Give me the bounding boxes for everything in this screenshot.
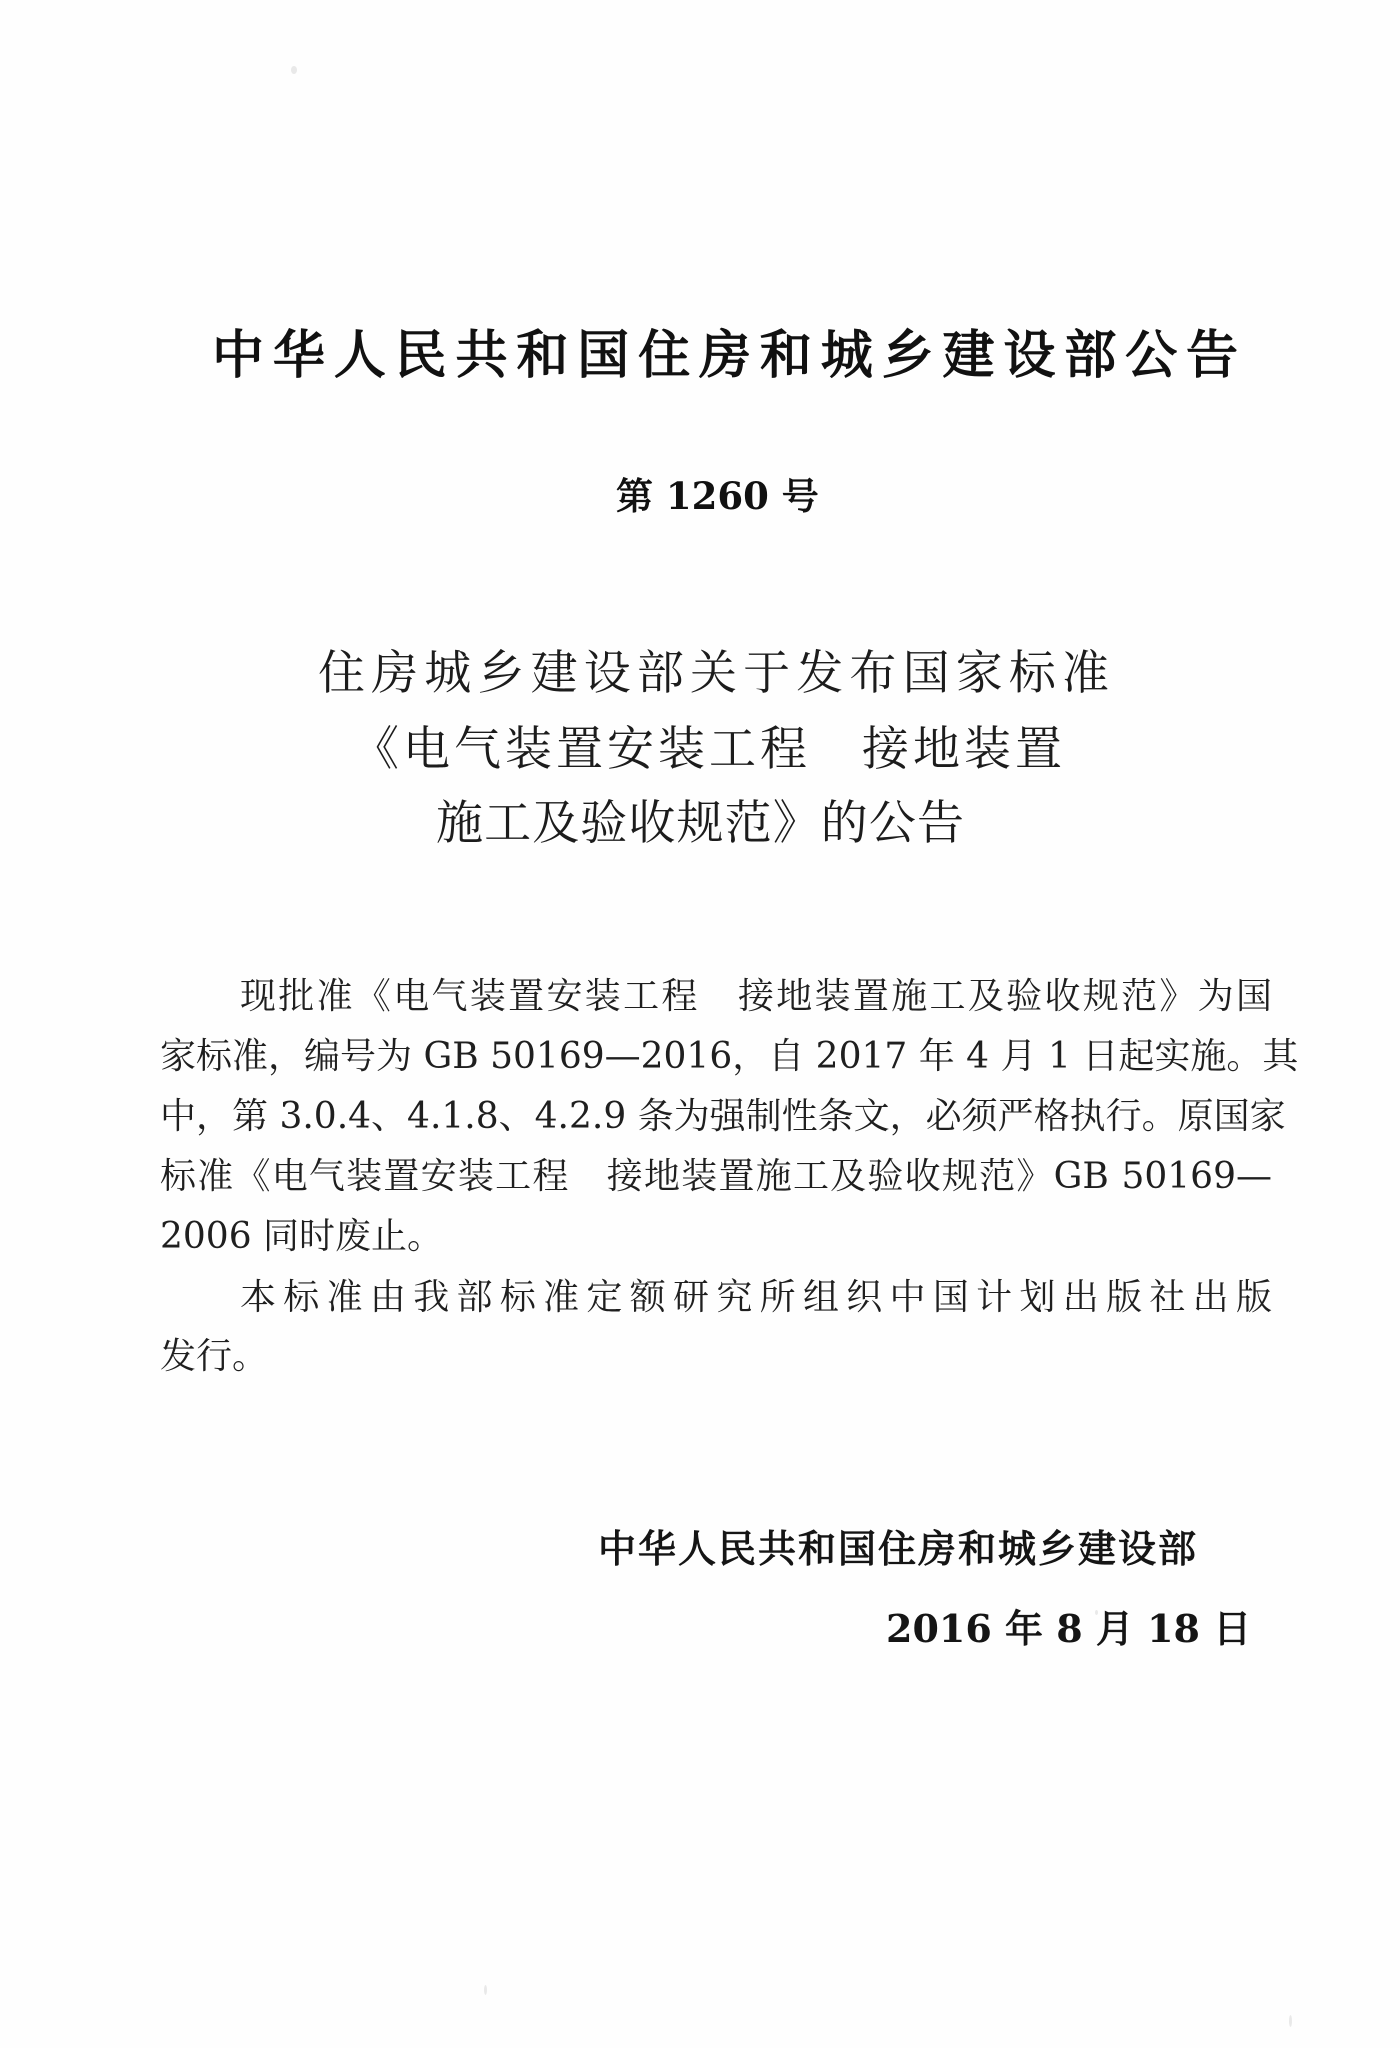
issue-date: 2016 年 8 月 18 日 [886,1610,1196,1648]
subtitle-line: 施工及验收规范》的公告 [436,800,964,847]
body-paragraph-line: 中，第 3.0.4、4.1.8、4.2.9 条为强制性条文，必须严格执行。原国家 [160,1099,1272,1135]
scan-speck [1289,2015,1292,2027]
body-paragraph-line: 家标准，编号为 GB 50169—2016，自 2017 年 4 月 1 日起实… [160,1039,1272,1075]
announcement-title: 中华人民共和国住房和城乡建设部公告 [212,330,1238,382]
subtitle-line: 《电气装置安装工程 接地装置 [352,726,1062,773]
body-paragraph-line: 现批准《电气装置安装工程 接地装置施工及验收规范》为国 [240,979,1272,1015]
body-paragraph-line: 标准《电气装置安装工程 接地装置施工及验收规范》GB 50169— [160,1159,1272,1195]
subtitle-line: 住房城乡建设部关于发布国家标准 [318,650,1109,697]
issuer-name: 中华人民共和国住房和城乡建设部 [598,1530,1196,1568]
scan-speck [291,66,297,74]
scan-speck [1095,1610,1098,1615]
body-paragraph-line: 本标准由我部标准定额研究所组织中国计划出版社出版 [240,1280,1272,1316]
scan-speck [484,1985,487,1995]
document-page: 中华人民共和国住房和城乡建设部公告 第 1260 号 住房城乡建设部关于发布国家… [0,0,1400,2048]
body-paragraph-line: 2006 同时废止。 [160,1219,443,1255]
document-number: 第 1260 号 [616,478,818,515]
body-paragraph-line: 发行。 [160,1339,268,1375]
